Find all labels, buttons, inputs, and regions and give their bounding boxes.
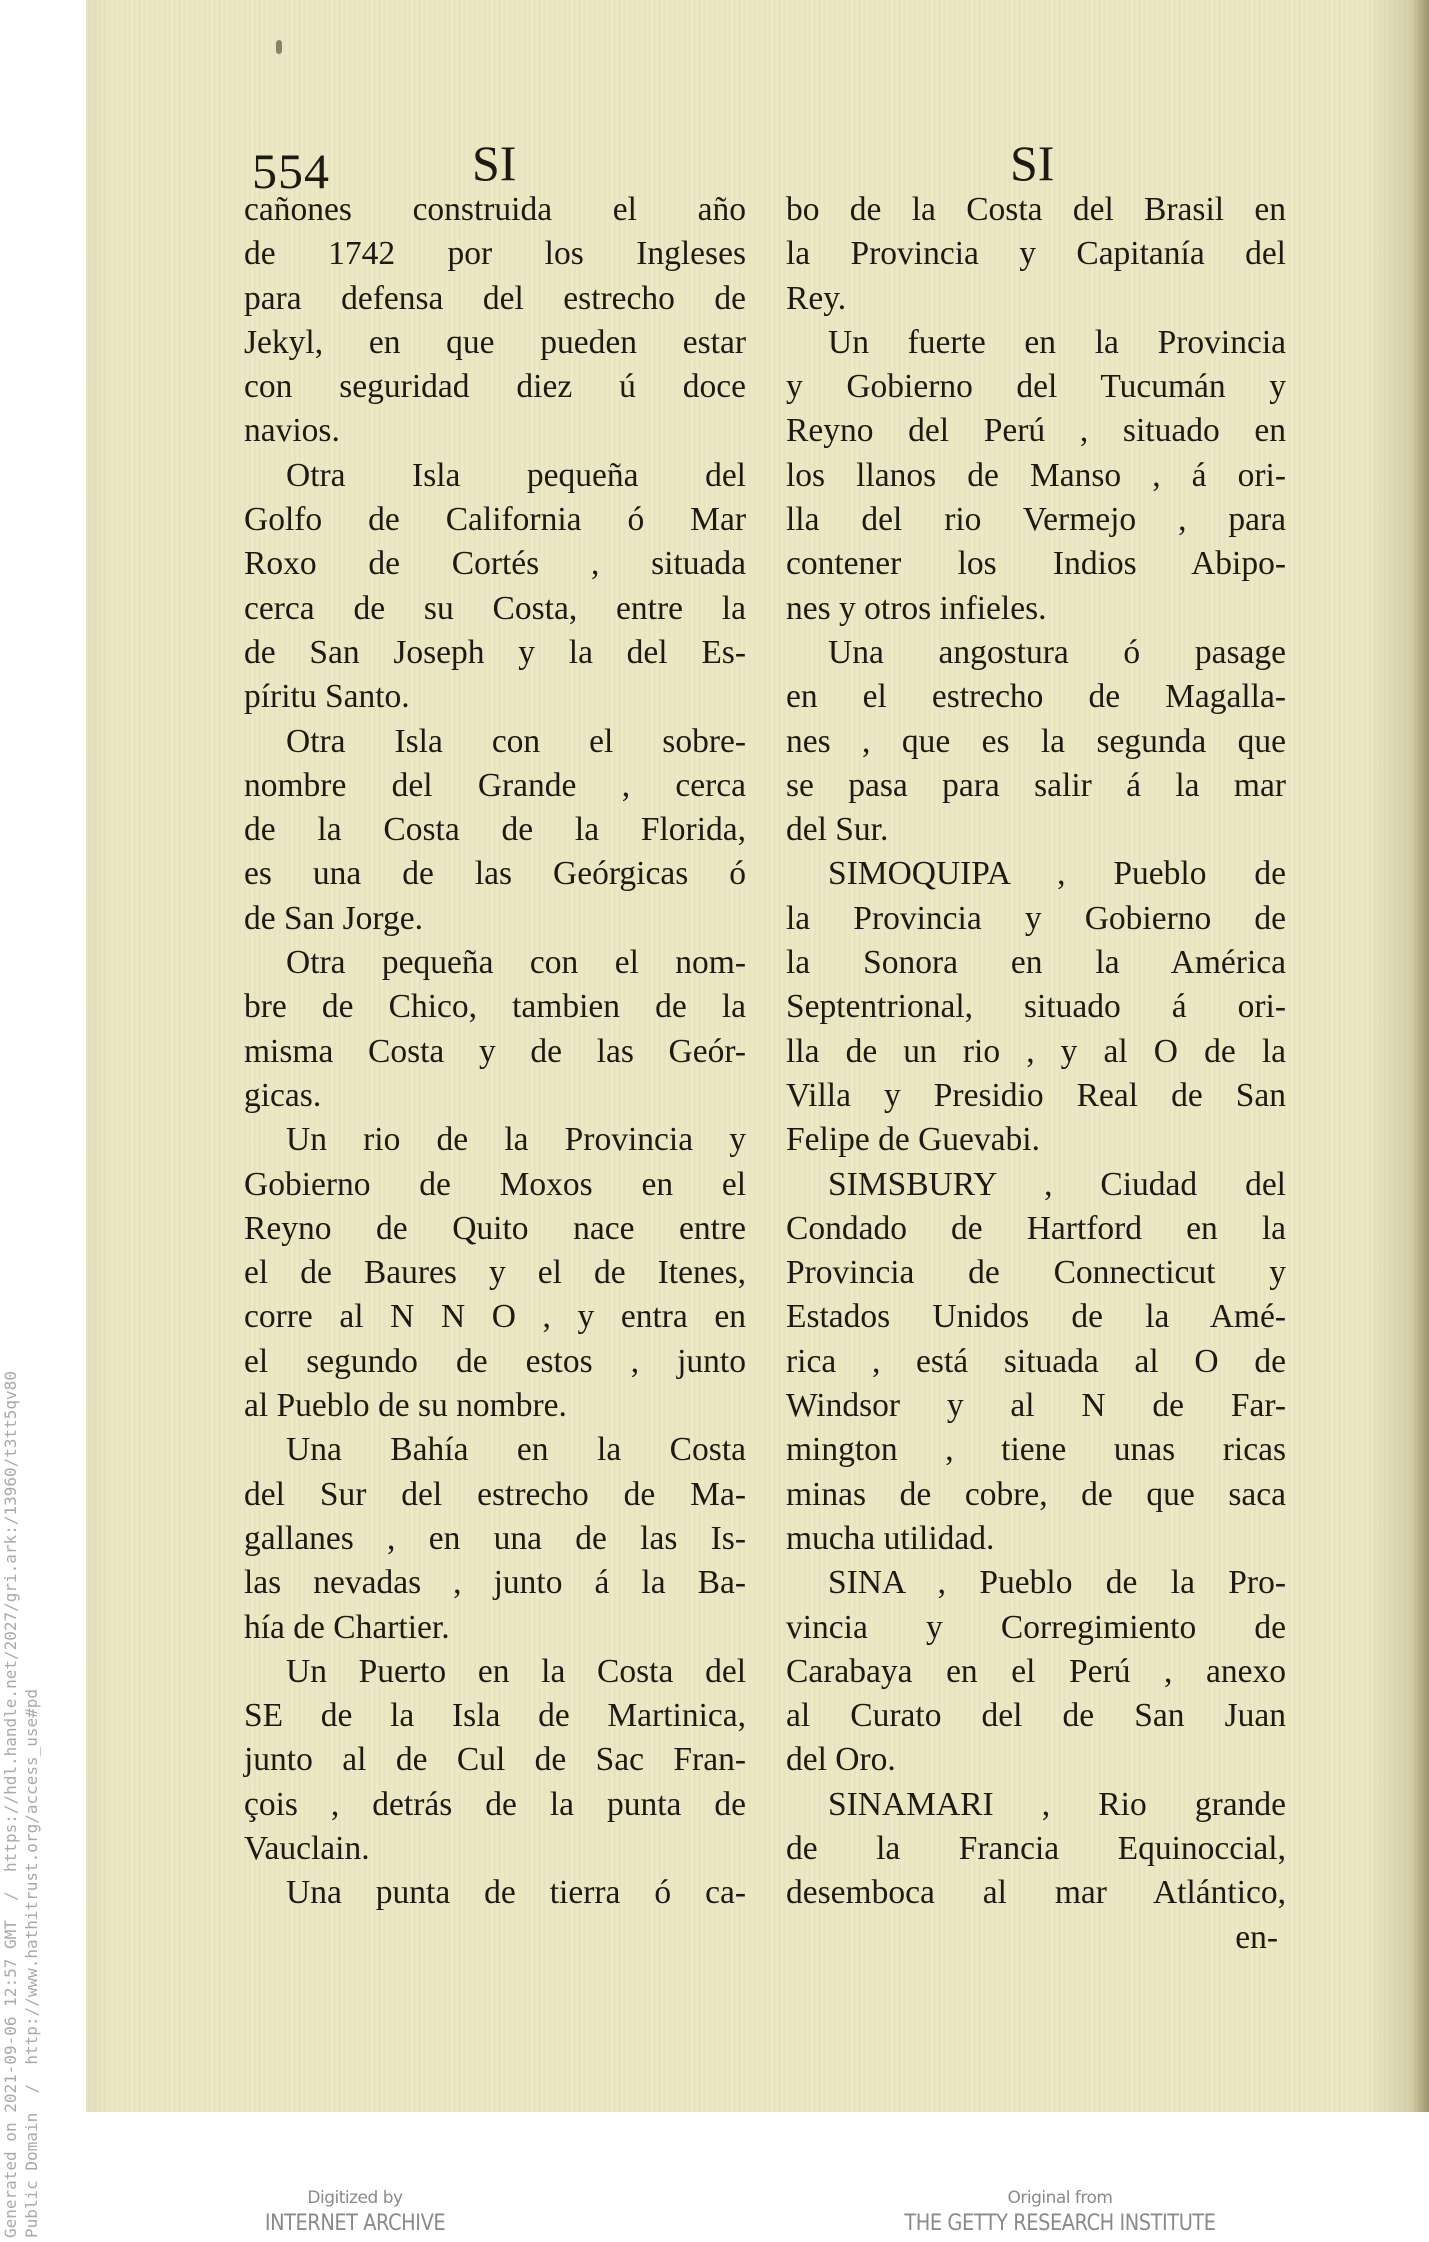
entry-headword-line: SINA , Pueblo de la Pro- <box>786 1561 1286 1605</box>
text-line: Una angostura ó pasage <box>786 631 1286 675</box>
text-line: del Sur. <box>786 808 1286 852</box>
text-line: Otra Isla con el sobre- <box>244 720 746 764</box>
original-from-label: Original from <box>860 2187 1260 2209</box>
text-line: la Sonora en la América <box>786 941 1286 985</box>
text-line: SE de la Isla de Martinica, <box>244 1694 746 1738</box>
text-line: Vauclain. <box>244 1827 746 1871</box>
text-line: navios. <box>244 409 746 453</box>
text-line: Provincia de Connecticut y <box>786 1251 1286 1295</box>
entry-headword-line: SINAMARI , Rio grande <box>786 1783 1286 1827</box>
text-line: los llanos de Manso , á ori- <box>786 454 1286 498</box>
text-line: Golfo de California ó Mar <box>244 498 746 542</box>
digitized-by-label: Digitized by <box>220 2187 490 2209</box>
text-line: es una de las Geórgicas ó <box>244 852 746 896</box>
text-line: lla del rio Vermejo , para <box>786 498 1286 542</box>
text-line: al Curato del de San Juan <box>786 1694 1286 1738</box>
text-line: contener los Indios Abipo- <box>786 542 1286 586</box>
text-line: vincia y Corregimiento de <box>786 1606 1286 1650</box>
text-line: cañones construida el año <box>244 188 746 232</box>
text-line: de la Costa de la Florida, <box>244 808 746 852</box>
text-line: Septentrional, situado á ori- <box>786 985 1286 1029</box>
text-line: rica , está situada al O de <box>786 1340 1286 1384</box>
text-line: la Provincia y Gobierno de <box>786 897 1286 941</box>
text-line: Villa y Presidio Real de San <box>786 1074 1286 1118</box>
watermark-line-rights: Public Domain / http://www.hathitrust.or… <box>22 1689 41 2238</box>
text-line: gicas. <box>244 1074 746 1118</box>
text-line: al Pueblo de su nombre. <box>244 1384 746 1428</box>
watermark-line-generated: Generated on 2021-09-06 12:57 GMT / http… <box>1 1371 20 2238</box>
text-line: nombre del Grande , cerca <box>244 764 746 808</box>
text-line: gallanes , en una de las Is- <box>244 1517 746 1561</box>
hathitrust-watermark: Generated on 2021-09-06 12:57 GMT / http… <box>0 1078 42 2242</box>
scanned-book-page: 554 SI SI cañones construida el año de 1… <box>86 0 1429 2112</box>
text-line: Reyno del Perú , situado en <box>786 409 1286 453</box>
text-line: en el estrecho de Magalla- <box>786 675 1286 719</box>
text-line: Carabaya en el Perú , anexo <box>786 1650 1286 1694</box>
internet-archive-name: INTERNET ARCHIVE <box>236 2209 474 2239</box>
text-line: Otra Isla pequeña del <box>244 454 746 498</box>
text-line: la Provincia y Capitanía del <box>786 232 1286 276</box>
text-line: de San Joseph y la del Es- <box>244 631 746 675</box>
text-line: Un fuerte en la Provincia <box>786 321 1286 365</box>
ink-speck <box>276 40 282 54</box>
text-line: Otra pequeña con el nom- <box>244 941 746 985</box>
text-line: píritu Santo. <box>244 675 746 719</box>
text-line: con seguridad diez ú doce <box>244 365 746 409</box>
text-line: Rey. <box>786 277 1286 321</box>
running-head-left: SI <box>472 134 516 192</box>
text-line: corre al N N O , y entra en <box>244 1295 746 1339</box>
text-line: se pasa para salir á la mar <box>786 764 1286 808</box>
text-line: desemboca al mar Atlántico, <box>786 1871 1286 1915</box>
text-line: del Sur del estrecho de Ma- <box>244 1473 746 1517</box>
text-line: Una Bahía en la Costa <box>244 1428 746 1472</box>
text-line: Roxo de Cortés , situada <box>244 542 746 586</box>
text-line: Un Puerto en la Costa del <box>244 1650 746 1694</box>
text-line: Condado de Hartford en la <box>786 1207 1286 1251</box>
right-text-column: bo de la Costa del Brasil en la Provinci… <box>786 188 1286 1960</box>
text-line: para defensa del estrecho de <box>244 277 746 321</box>
entry-headword-line: SIMSBURY , Ciudad del <box>786 1163 1286 1207</box>
text-line: junto al de Cul de Sac Fran- <box>244 1738 746 1782</box>
text-line: bre de Chico, tambien de la <box>244 985 746 1029</box>
text-line: Estados Unidos de la Amé- <box>786 1295 1286 1339</box>
text-line: el segundo de estos , junto <box>244 1340 746 1384</box>
text-line: Jekyl, en que pueden estar <box>244 321 746 365</box>
text-line: minas de cobre, de que saca <box>786 1473 1286 1517</box>
text-line: de la Francia Equinoccial, <box>786 1827 1286 1871</box>
text-line: de San Jorge. <box>244 897 746 941</box>
text-line: cerca de su Costa, entre la <box>244 587 746 631</box>
original-from-credit: Original from THE GETTY RESEARCH INSTITU… <box>860 2187 1260 2239</box>
text-line: mucha utilidad. <box>786 1517 1286 1561</box>
text-line: Windsor y al N de Far- <box>786 1384 1286 1428</box>
text-line: bo de la Costa del Brasil en <box>786 188 1286 232</box>
text-line: çois , detrás de la punta de <box>244 1783 746 1827</box>
digitized-by-credit: Digitized by INTERNET ARCHIVE <box>220 2187 490 2239</box>
text-line: Felipe de Guevabi. <box>786 1118 1286 1162</box>
text-line: del Oro. <box>786 1738 1286 1782</box>
text-line: nes , que es la segunda que <box>786 720 1286 764</box>
text-line: Una punta de tierra ó ca- <box>244 1871 746 1915</box>
text-line: Reyno de Quito nace entre <box>244 1207 746 1251</box>
text-line: Un rio de la Provincia y <box>244 1118 746 1162</box>
left-text-column: cañones construida el año de 1742 por lo… <box>244 188 746 1916</box>
text-line: de 1742 por los Ingleses <box>244 232 746 276</box>
text-line: Gobierno de Moxos en el <box>244 1163 746 1207</box>
catchword: en- <box>786 1916 1286 1960</box>
getty-research-institute-name: THE GETTY RESEARCH INSTITUTE <box>884 2209 1236 2239</box>
text-line: nes y otros infieles. <box>786 587 1286 631</box>
running-head-right: SI <box>1010 134 1054 192</box>
entry-headword-line: SIMOQUIPA , Pueblo de <box>786 852 1286 896</box>
text-line: el de Baures y el de Itenes, <box>244 1251 746 1295</box>
text-line: hía de Chartier. <box>244 1606 746 1650</box>
text-line: las nevadas , junto á la Ba- <box>244 1561 746 1605</box>
text-line: lla de un rio , y al O de la <box>786 1030 1286 1074</box>
text-line: y Gobierno del Tucumán y <box>786 365 1286 409</box>
text-line: misma Costa y de las Geór- <box>244 1030 746 1074</box>
text-line: mington , tiene unas ricas <box>786 1428 1286 1472</box>
